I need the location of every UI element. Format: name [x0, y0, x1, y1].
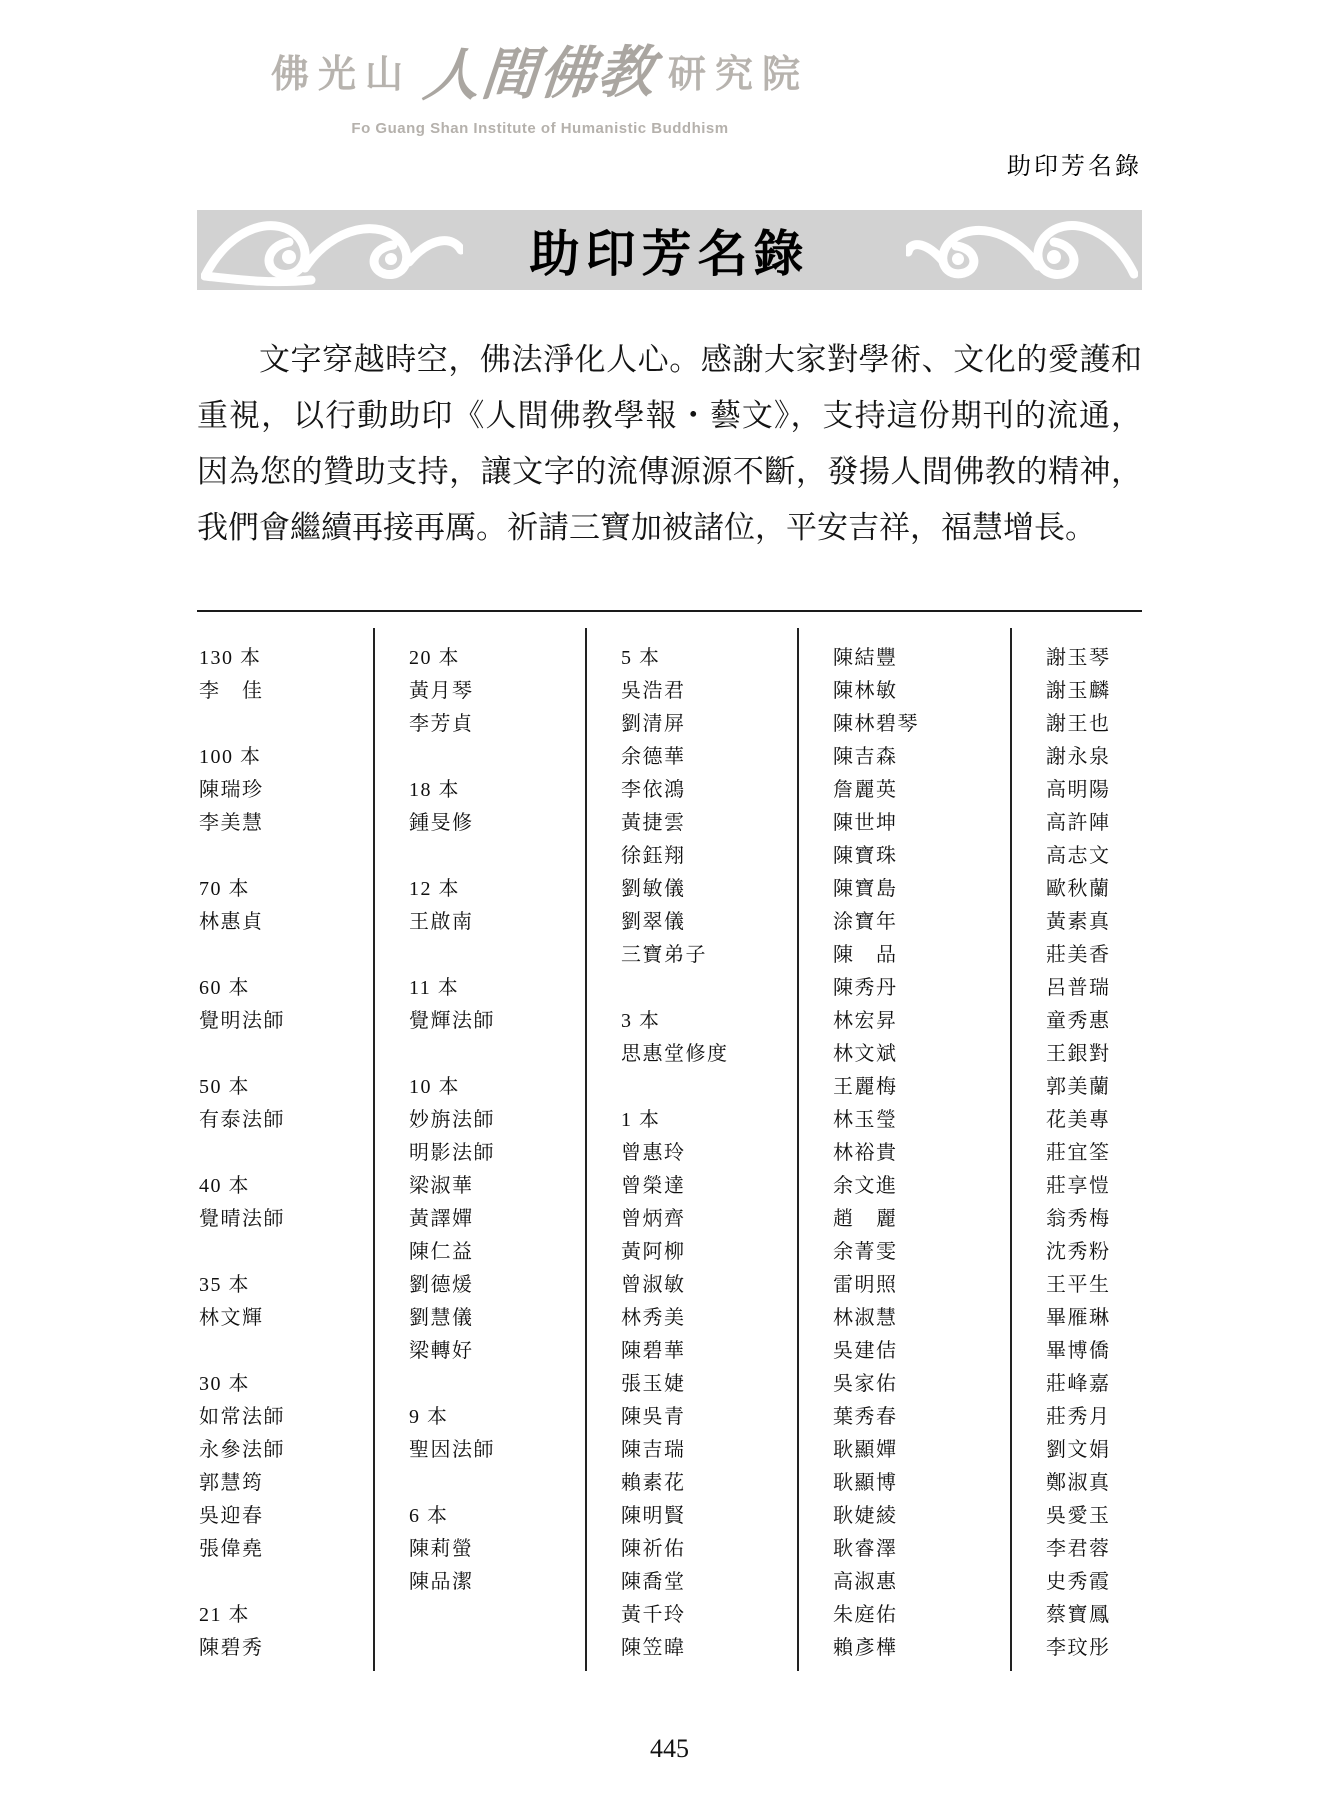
donor-name: 陳結豐: [833, 642, 1010, 675]
donor-name: 吳愛玉: [1046, 1500, 1142, 1533]
scrollwork-ornament-left: [201, 210, 463, 290]
donor-name: 曾榮達: [621, 1170, 797, 1203]
donor-column-5: 謝玉琴謝玉麟謝王也謝永泉高明陽高許陣高志文歐秋蘭黃素真莊美香呂普瑞童秀惠王銀對郭…: [1010, 628, 1142, 1671]
donor-column-1: 130 本李 佳 100 本陳瑞珍李美慧 70 本林惠貞 60 本覺明法師 50…: [197, 628, 373, 1671]
donor-name: 耿睿澤: [833, 1533, 1010, 1566]
donor-name: 王銀對: [1046, 1038, 1142, 1071]
intro-paragraph: 文字穿越時空，佛法淨化人心。感謝大家對學術、文化的愛護和重視，以行動助印《人間佛…: [197, 332, 1142, 556]
donor-name: 黃阿柳: [621, 1236, 797, 1269]
donor-name: 莊宜筌: [1046, 1137, 1142, 1170]
donor-name: 思惠堂修度: [621, 1038, 797, 1071]
donor-name: 劉清屏: [621, 708, 797, 741]
quantity-heading: 30 本: [199, 1368, 373, 1401]
title-banner: 助印芳名錄: [197, 210, 1142, 290]
quantity-heading: 60 本: [199, 972, 373, 1005]
donor-name: 梁淑華: [409, 1170, 585, 1203]
donor-name: 黃月琴: [409, 675, 585, 708]
donor-name: 耿顯博: [833, 1467, 1010, 1500]
donor-name: 陳品潔: [409, 1566, 585, 1599]
donor-name: 童秀惠: [1046, 1005, 1142, 1038]
donor-name: 林秀美: [621, 1302, 797, 1335]
blank-line: [199, 1236, 373, 1269]
donor-name: 三寶弟子: [621, 939, 797, 972]
donor-name: 劉翠儀: [621, 906, 797, 939]
donor-name: 歐秋蘭: [1046, 873, 1142, 906]
quantity-heading: 10 本: [409, 1071, 585, 1104]
donor-name: 朱庭佑: [833, 1599, 1010, 1632]
donor-name: 李美慧: [199, 807, 373, 840]
running-head: 助印芳名錄: [197, 146, 1142, 181]
donor-name: 賴彥樺: [833, 1632, 1010, 1665]
donor-name: 王平生: [1046, 1269, 1142, 1302]
donor-name: 如常法師: [199, 1401, 373, 1434]
donor-name: 呂普瑞: [1046, 972, 1142, 1005]
donor-name: 畢雁琳: [1046, 1302, 1142, 1335]
quantity-heading: 35 本: [199, 1269, 373, 1302]
donor-name: 陳 品: [833, 939, 1010, 972]
donor-name: 葉秀春: [833, 1401, 1010, 1434]
donor-name: 劉慧儀: [409, 1302, 585, 1335]
donor-name: 陳秀丹: [833, 972, 1010, 1005]
quantity-heading: 100 本: [199, 741, 373, 774]
quantity-heading: 6 本: [409, 1500, 585, 1533]
blank-line: [199, 1566, 373, 1599]
donor-name: 趙 麗: [833, 1203, 1010, 1236]
donor-name: 陳笠暐: [621, 1632, 797, 1665]
donor-name: 高明陽: [1046, 774, 1142, 807]
quantity-heading: 40 本: [199, 1170, 373, 1203]
blank-line: [199, 1038, 373, 1071]
institute-logo-english-subtitle: Fo Guang Shan Institute of Humanistic Bu…: [320, 120, 760, 137]
donor-name: 林裕貴: [833, 1137, 1010, 1170]
quantity-heading: 20 本: [409, 642, 585, 675]
donor-name: 李君蓉: [1046, 1533, 1142, 1566]
donor-name: 郭美蘭: [1046, 1071, 1142, 1104]
donor-name: 陳吉森: [833, 741, 1010, 774]
blank-line: [199, 1137, 373, 1170]
donor-name: 涂寶年: [833, 906, 1010, 939]
donor-name: 史秀霞: [1046, 1566, 1142, 1599]
blank-line: [621, 972, 797, 1005]
donor-name: 陳明賢: [621, 1500, 797, 1533]
blank-line: [409, 939, 585, 972]
quantity-heading: 18 本: [409, 774, 585, 807]
logo-text-humanistic-buddhism-calligraphy: 人間佛教: [420, 28, 659, 112]
quantity-heading: 21 本: [199, 1599, 373, 1632]
page-title: 助印芳名錄: [530, 214, 810, 286]
quantity-heading: 3 本: [621, 1005, 797, 1038]
donor-name: 陳寶島: [833, 873, 1010, 906]
donor-name: 陳林碧琴: [833, 708, 1010, 741]
donor-name: 黃譯嬋: [409, 1203, 585, 1236]
blank-line: [621, 1071, 797, 1104]
donor-name: 花美專: [1046, 1104, 1142, 1137]
donor-name: 林文輝: [199, 1302, 373, 1335]
donor-name: 詹麗英: [833, 774, 1010, 807]
page-number: 445: [0, 1734, 1339, 1764]
donor-name: 謝玉麟: [1046, 675, 1142, 708]
donor-name: 林宏昇: [833, 1005, 1010, 1038]
blank-line: [199, 1335, 373, 1368]
blank-line: [409, 1038, 585, 1071]
logo-text-foguangshan: 佛光山: [271, 43, 412, 98]
donor-name: 梁轉好: [409, 1335, 585, 1368]
donor-name: 陳祈佑: [621, 1533, 797, 1566]
quantity-heading: 1 本: [621, 1104, 797, 1137]
donor-name: 莊峰嘉: [1046, 1368, 1142, 1401]
blank-line: [409, 1368, 585, 1401]
donor-name: 徐鈺翔: [621, 840, 797, 873]
donor-name: 劉德煖: [409, 1269, 585, 1302]
donor-name: 林文斌: [833, 1038, 1010, 1071]
donor-name: 明影法師: [409, 1137, 585, 1170]
donor-name: 黃千玲: [621, 1599, 797, 1632]
donor-name: 林惠貞: [199, 906, 373, 939]
donor-name: 余德華: [621, 741, 797, 774]
institute-logo: 佛光山 人間佛教 研究院 Fo Guang Shan Institute of …: [320, 30, 760, 137]
donor-name: 蔡寶鳳: [1046, 1599, 1142, 1632]
donor-name: 有泰法師: [199, 1104, 373, 1137]
donor-name: 翁秀梅: [1046, 1203, 1142, 1236]
donor-name: 陳碧華: [621, 1335, 797, 1368]
donor-name: 吳家佑: [833, 1368, 1010, 1401]
donor-name: 高淑惠: [833, 1566, 1010, 1599]
donor-name: 陳喬堂: [621, 1566, 797, 1599]
institute-logo-chinese: 佛光山 人間佛教 研究院: [320, 30, 760, 110]
donor-columns: 130 本李 佳 100 本陳瑞珍李美慧 70 本林惠貞 60 本覺明法師 50…: [197, 628, 1142, 1671]
blank-line: [409, 1467, 585, 1500]
donor-name: 莊秀月: [1046, 1401, 1142, 1434]
donor-name: 聖因法師: [409, 1434, 585, 1467]
donor-name: 謝王也: [1046, 708, 1142, 741]
donor-name: 陳吉瑞: [621, 1434, 797, 1467]
donor-name: 覺輝法師: [409, 1005, 585, 1038]
donor-name: 陳林敏: [833, 675, 1010, 708]
donor-name: 耿顯嬋: [833, 1434, 1010, 1467]
donor-name: 陳世坤: [833, 807, 1010, 840]
scrollwork-ornament-right: [906, 210, 1138, 290]
donor-name: 李玟彤: [1046, 1632, 1142, 1665]
donor-name: 李芳貞: [409, 708, 585, 741]
quantity-heading: 50 本: [199, 1071, 373, 1104]
donor-name: 張玉婕: [621, 1368, 797, 1401]
donor-name: 張偉堯: [199, 1533, 373, 1566]
donor-name: 吳迎春: [199, 1500, 373, 1533]
donor-name: 李依鴻: [621, 774, 797, 807]
donor-name: 李 佳: [199, 675, 373, 708]
quantity-heading: 70 本: [199, 873, 373, 906]
donor-name: 劉文娟: [1046, 1434, 1142, 1467]
quantity-heading: 5 本: [621, 642, 797, 675]
donor-column-2: 20 本黃月琴李芳貞 18 本鍾旻修 12 本王啟南 11 本覺輝法師 10 本…: [373, 628, 585, 1671]
donor-name: 陳寶珠: [833, 840, 1010, 873]
donor-name: 陳仁益: [409, 1236, 585, 1269]
blank-line: [409, 741, 585, 774]
donor-name: 吳建佶: [833, 1335, 1010, 1368]
donor-name: 莊享愷: [1046, 1170, 1142, 1203]
donor-name: 陳瑞珍: [199, 774, 373, 807]
donor-name: 謝永泉: [1046, 741, 1142, 774]
donor-name: 余文進: [833, 1170, 1010, 1203]
logo-text-institute: 研究院: [668, 43, 809, 98]
blank-line: [409, 840, 585, 873]
donor-name: 陳吳青: [621, 1401, 797, 1434]
blank-line: [199, 708, 373, 741]
donor-name: 曾炳齊: [621, 1203, 797, 1236]
donor-name: 劉敏儀: [621, 873, 797, 906]
quantity-heading: 130 本: [199, 642, 373, 675]
donor-name: 曾淑敏: [621, 1269, 797, 1302]
donor-column-3: 5 本吳浩君劉清屏余德華李依鴻黃捷雲徐鈺翔劉敏儀劉翠儀三寶弟子 3 本思惠堂修度…: [585, 628, 797, 1671]
donor-name: 林玉瑩: [833, 1104, 1010, 1137]
donor-name: 王啟南: [409, 906, 585, 939]
blank-line: [199, 939, 373, 972]
blank-line: [199, 840, 373, 873]
donor-name: 雷明照: [833, 1269, 1010, 1302]
donor-name: 莊美香: [1046, 939, 1142, 972]
donor-name: 高許陣: [1046, 807, 1142, 840]
donor-name: 永參法師: [199, 1434, 373, 1467]
donor-name: 王麗梅: [833, 1071, 1010, 1104]
donor-name: 高志文: [1046, 840, 1142, 873]
donor-name: 鍾旻修: [409, 807, 585, 840]
horizontal-rule: [197, 610, 1142, 612]
donor-name: 耿婕綾: [833, 1500, 1010, 1533]
donor-name: 黃捷雲: [621, 807, 797, 840]
quantity-heading: 11 本: [409, 972, 585, 1005]
donor-name: 陳莉螢: [409, 1533, 585, 1566]
donor-name: 妙旃法師: [409, 1104, 585, 1137]
donor-name: 鄭淑真: [1046, 1467, 1142, 1500]
quantity-heading: 12 本: [409, 873, 585, 906]
donor-name: 覺晴法師: [199, 1203, 373, 1236]
donor-name: 畢博僑: [1046, 1335, 1142, 1368]
donor-name: 郭慧筠: [199, 1467, 373, 1500]
quantity-heading: 9 本: [409, 1401, 585, 1434]
donor-name: 覺明法師: [199, 1005, 373, 1038]
donor-column-4: 陳結豐陳林敏陳林碧琴陳吉森詹麗英陳世坤陳寶珠陳寶島涂寶年陳 品陳秀丹林宏昇林文斌…: [797, 628, 1010, 1671]
donor-name: 賴素花: [621, 1467, 797, 1500]
donor-name: 黃素真: [1046, 906, 1142, 939]
donor-name: 林淑慧: [833, 1302, 1010, 1335]
donor-name: 曾惠玲: [621, 1137, 797, 1170]
donor-name: 謝玉琴: [1046, 642, 1142, 675]
donor-name: 余菁雯: [833, 1236, 1010, 1269]
donor-name: 陳碧秀: [199, 1632, 373, 1665]
donor-name: 沈秀粉: [1046, 1236, 1142, 1269]
donor-name: 吳浩君: [621, 675, 797, 708]
